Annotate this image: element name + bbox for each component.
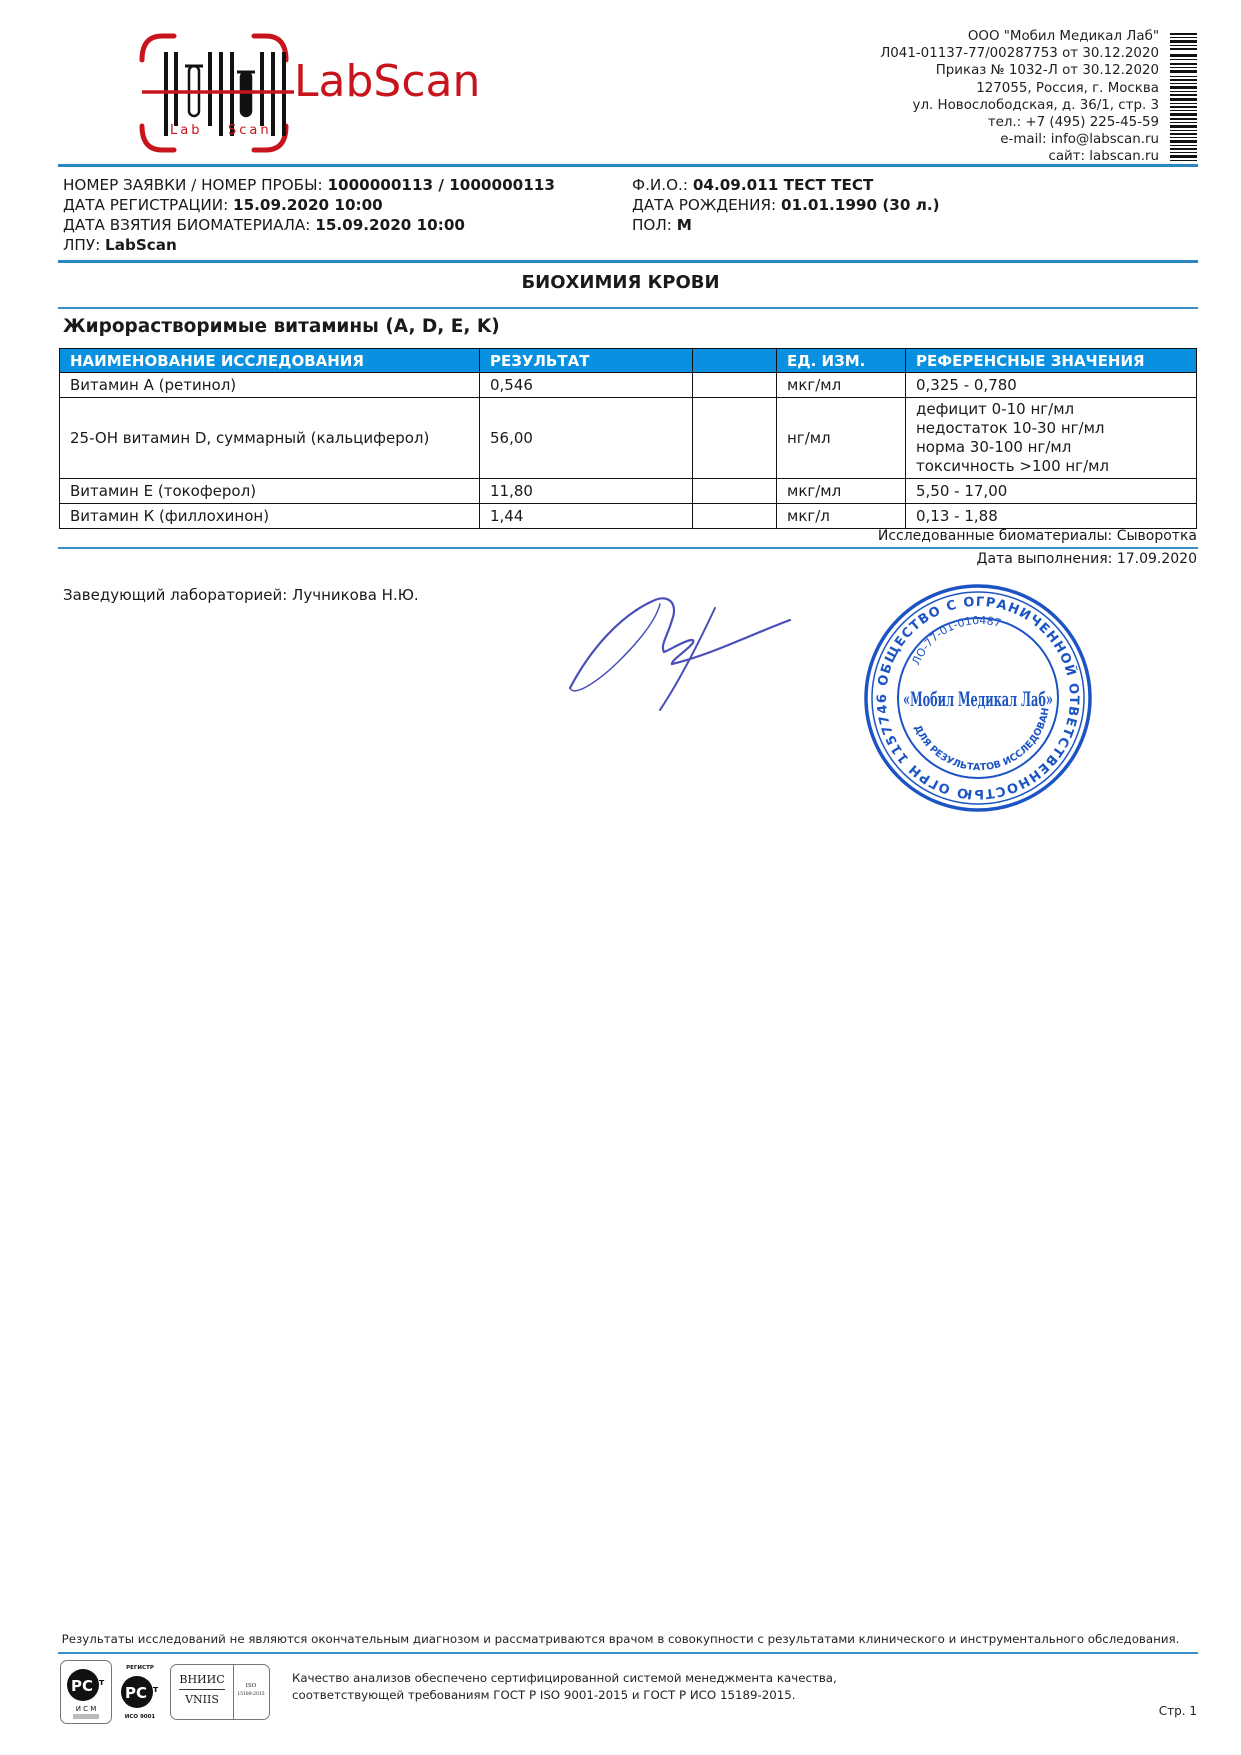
test-unit: мкг/л	[777, 504, 906, 529]
patient-name-value: 04.09.011 ТЕСТ ТЕСТ	[693, 176, 874, 194]
logo-wordmark: LabScan	[294, 56, 480, 107]
svg-text:«Мобил Медикал Лаб»: «Мобил Медикал Лаб»	[903, 687, 1053, 711]
test-flag	[693, 479, 777, 504]
company-license: Л041-01137-77/00287753 от 30.12.2020	[880, 45, 1159, 62]
test-flag	[693, 504, 777, 529]
table-row: Витамин К (филлохинон) 1,44 мкг/л 0,13 -…	[60, 504, 1197, 529]
test-result: 0,546	[480, 373, 693, 398]
lpu-row: ЛПУ: LabScan	[63, 235, 555, 255]
disclaimer: Результаты исследований не являются окон…	[0, 1632, 1241, 1646]
test-result: 56,00	[480, 398, 693, 479]
test-flag	[693, 373, 777, 398]
footer-divider	[58, 1652, 1198, 1654]
signature-icon	[560, 580, 800, 730]
meta-divider	[58, 260, 1198, 263]
test-unit: нг/мл	[777, 398, 906, 479]
svg-text:т: т	[99, 1678, 105, 1688]
header-reference: РЕФЕРЕНСНЫЕ ЗНАЧЕНИЯ	[906, 349, 1197, 373]
sample-date-row: ДАТА ВЗЯТИЯ БИОМАТЕРИАЛА: 15.09.2020 10:…	[63, 215, 555, 235]
company-street: ул. Новослободская, д. 36/1, стр. 3	[880, 97, 1159, 114]
order-number-row: НОМЕР ЗАЯВКИ / НОМЕР ПРОБЫ: 1000000113 /…	[63, 175, 555, 195]
test-group-title: Жирорастворимые витамины (A, D, E, K)	[63, 316, 500, 337]
table-row: Витамин А (ретинол) 0,546 мкг/мл 0,325 -…	[60, 373, 1197, 398]
test-name: Витамин Е (токоферол)	[60, 479, 480, 504]
table-header-row: НАИМЕНОВАНИЕ ИССЛЕДОВАНИЯ РЕЗУЛЬТАТ ЕД. …	[60, 349, 1197, 373]
birth-date-value: 01.01.1990 (30 л.)	[781, 196, 940, 214]
labscan-logo: Lab Scan LabScan	[136, 30, 516, 156]
test-reference: дефицит 0-10 нг/мл недостаток 10-30 нг/м…	[906, 398, 1197, 479]
test-name: Витамин А (ретинол)	[60, 373, 480, 398]
biomaterial-note: Исследованные биоматериалы: Сыворотка	[878, 528, 1197, 544]
test-result: 1,44	[480, 504, 693, 529]
patient-info: Ф.И.О.: 04.09.011 ТЕСТ ТЕСТ ДАТА РОЖДЕНИ…	[632, 175, 940, 235]
results-table: НАИМЕНОВАНИЕ ИССЛЕДОВАНИЯ РЕЗУЛЬТАТ ЕД. …	[59, 348, 1197, 529]
company-name: ООО "Мобил Медикал Лаб"	[880, 28, 1159, 45]
barcode-tube-logo-icon: Lab Scan	[136, 30, 296, 156]
table-row: Витамин Е (токоферол) 11,80 мкг/мл 5,50 …	[60, 479, 1197, 504]
page-number: Стр. 1	[1159, 1704, 1197, 1718]
test-unit: мкг/мл	[777, 373, 906, 398]
header-divider	[58, 164, 1198, 167]
test-unit: мкг/мл	[777, 479, 906, 504]
test-reference: 5,50 - 17,00	[906, 479, 1197, 504]
header-flag	[693, 349, 777, 373]
company-phone: тел.: +7 (495) 225-45-59	[880, 114, 1159, 131]
svg-text:РС: РС	[125, 1684, 147, 1702]
test-name: 25-OH витамин D, суммарный (кальциферол)	[60, 398, 480, 479]
sample-date-value: 15.09.2020 10:00	[315, 216, 465, 234]
test-reference: 0,13 - 1,88	[906, 504, 1197, 529]
header-test-name: НАИМЕНОВАНИЕ ИССЛЕДОВАНИЯ	[60, 349, 480, 373]
section-title: БИОХИМИЯ КРОВИ	[0, 272, 1241, 293]
svg-text:РЕГИСТР: РЕГИСТР	[126, 1665, 154, 1671]
company-city: 127055, Россия, г. Москва	[880, 80, 1159, 97]
biomaterial-divider	[58, 547, 1198, 549]
quality-statement: Качество анализов обеспечено сертифициро…	[292, 1670, 837, 1704]
table-row: 25-OH витамин D, суммарный (кальциферол)…	[60, 398, 1197, 479]
birth-date-row: ДАТА РОЖДЕНИЯ: 01.01.1990 (30 л.)	[632, 195, 940, 215]
test-reference: 0,325 - 0,780	[906, 373, 1197, 398]
company-order: Приказ № 1032-Л от 30.12.2020	[880, 62, 1159, 79]
section-divider	[58, 307, 1198, 309]
gost-ism-cert-logo: РС т И С М	[60, 1660, 112, 1724]
test-result: 11,80	[480, 479, 693, 504]
lpu-value: LabScan	[105, 236, 177, 254]
rst-cert-icon: РС т И С М	[61, 1661, 111, 1723]
company-email: e-mail: info@labscan.ru	[880, 131, 1159, 148]
rst-registr-icon: РЕГИСТР РС т ИСО 9001	[115, 1660, 165, 1724]
vertical-barcode-icon	[1170, 33, 1197, 161]
test-name: Витамин К (филлохинон)	[60, 504, 480, 529]
lab-chief: Заведующий лабораторией: Лучникова Н.Ю.	[63, 586, 419, 604]
svg-text:РС: РС	[71, 1677, 93, 1695]
gost-iso9001-cert-logo: РЕГИСТР РС т ИСО 9001	[115, 1660, 165, 1724]
svg-text:ИСО 9001: ИСО 9001	[125, 1714, 156, 1720]
sex-value: М	[677, 216, 692, 234]
registration-date-value: 15.09.2020 10:00	[233, 196, 383, 214]
svg-text:И С М: И С М	[76, 1705, 97, 1713]
svg-text:т: т	[153, 1685, 159, 1695]
completion-date: Дата выполнения: 17.09.2020	[977, 551, 1197, 567]
order-number-value: 1000000113 / 1000000113	[327, 176, 554, 194]
sex-row: ПОЛ: М	[632, 215, 940, 235]
vniis-cert-logo: ВНИИС VNIIS ISO 15189:2015	[170, 1664, 270, 1720]
registration-date-row: ДАТА РЕГИСТРАЦИИ: 15.09.2020 10:00	[63, 195, 555, 215]
test-flag	[693, 398, 777, 479]
order-info: НОМЕР ЗАЯВКИ / НОМЕР ПРОБЫ: 1000000113 /…	[63, 175, 555, 255]
company-stamp: ОБЩЕСТВО С ОГРАНИЧЕННОЙ ОТВЕТСТВЕННОСТЬЮ…	[862, 582, 1094, 814]
header-result: РЕЗУЛЬТАТ	[480, 349, 693, 373]
svg-text:Lab: Lab	[170, 123, 202, 138]
svg-text:Scan: Scan	[228, 123, 272, 138]
patient-name-row: Ф.И.О.: 04.09.011 ТЕСТ ТЕСТ	[632, 175, 940, 195]
header-unit: ЕД. ИЗМ.	[777, 349, 906, 373]
company-info: ООО "Мобил Медикал Лаб" Л041-01137-77/00…	[880, 28, 1159, 166]
